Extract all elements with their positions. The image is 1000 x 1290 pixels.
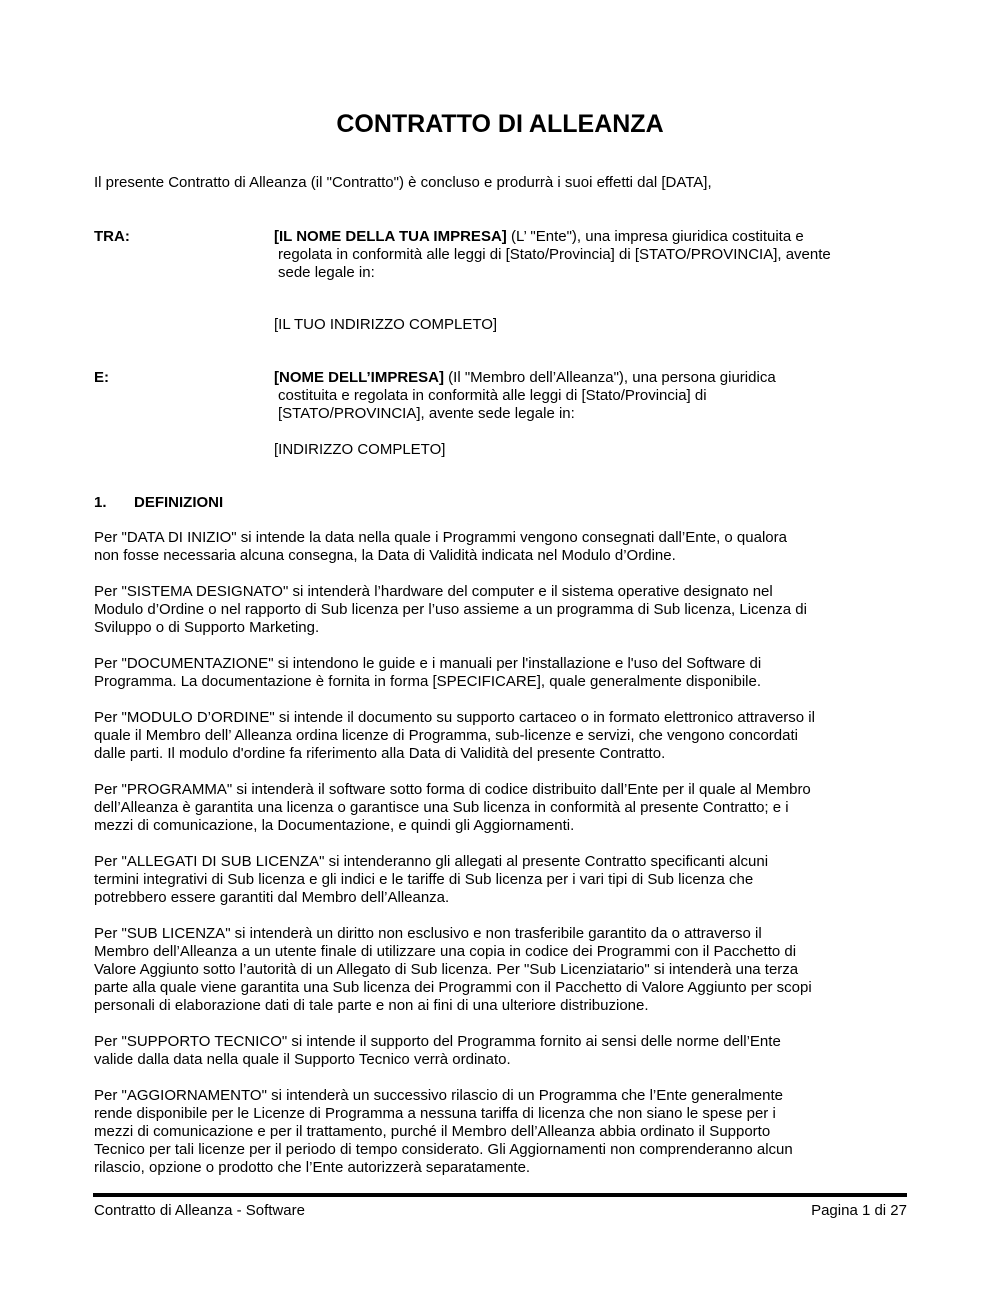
party-label-e: E: <box>94 369 109 386</box>
party-e-address: [INDIRIZZO COMPLETO] <box>274 441 445 458</box>
party-tra-line1: (L’ "Ente"), una impresa giuridica costi… <box>507 228 804 245</box>
party-e-line2: costituita e regolata in conformità alle… <box>274 387 914 405</box>
definition-modulo-ordine: Per "MODULO D’ORDINE" si intende il docu… <box>94 709 909 763</box>
party-e-description: [NOME DELL’IMPRESA] (Il "Membro dell’All… <box>274 369 914 423</box>
definition-supporto-tecnico: Per "SUPPORTO TECNICO" si intende il sup… <box>94 1033 909 1069</box>
document-page: CONTRATTO DI ALLEANZA Il presente Contra… <box>0 0 1000 1290</box>
party-e-line3: [STATO/PROVINCIA], avente sede legale in… <box>274 405 914 423</box>
party-tra-description: [IL NOME DELLA TUA IMPRESA] (L’ "Ente"),… <box>274 228 914 282</box>
footer-divider <box>93 1193 907 1197</box>
definition-aggiornamento: Per "AGGIORNAMENTO" si intenderà un succ… <box>94 1087 909 1177</box>
definition-data-di-inizio: Per "DATA DI INIZIO" si intende la data … <box>94 529 909 565</box>
party-tra-address: [IL TUO INDIRIZZO COMPLETO] <box>274 316 497 333</box>
section-heading: 1.DEFINIZIONI <box>94 494 223 511</box>
definition-allegati-sub-licenza: Per "ALLEGATI DI SUB LICENZA" si intende… <box>94 853 909 907</box>
intro-paragraph: Il presente Contratto di Alleanza (il "C… <box>94 174 712 191</box>
party-tra-name: [IL NOME DELLA TUA IMPRESA] <box>274 228 507 245</box>
document-title: CONTRATTO DI ALLEANZA <box>0 110 1000 139</box>
section-number: 1. <box>94 494 134 511</box>
footer-document-name: Contratto di Alleanza - Software <box>94 1202 305 1219</box>
party-label-tra: TRA: <box>94 228 130 245</box>
definition-programma: Per "PROGRAMMA" si intenderà il software… <box>94 781 909 835</box>
section-title: DEFINIZIONI <box>134 494 223 511</box>
definition-sistema-designato: Per "SISTEMA DESIGNATO" si intenderà l’h… <box>94 583 909 637</box>
party-tra-line3: sede legale in: <box>274 264 914 282</box>
definitions-list: Per "DATA DI INIZIO" si intende la data … <box>94 529 909 1195</box>
party-e-line1: (Il "Membro dell’Alleanza"), una persona… <box>444 369 776 386</box>
definition-sub-licenza: Per "SUB LICENZA" si intenderà un diritt… <box>94 925 909 1015</box>
definition-documentazione: Per "DOCUMENTAZIONE" si intendono le gui… <box>94 655 909 691</box>
footer-page-number: Pagina 1 di 27 <box>811 1202 907 1219</box>
party-tra-line2: regolata in conformità alle leggi di [St… <box>274 246 914 264</box>
party-e-name: [NOME DELL’IMPRESA] <box>274 369 444 386</box>
